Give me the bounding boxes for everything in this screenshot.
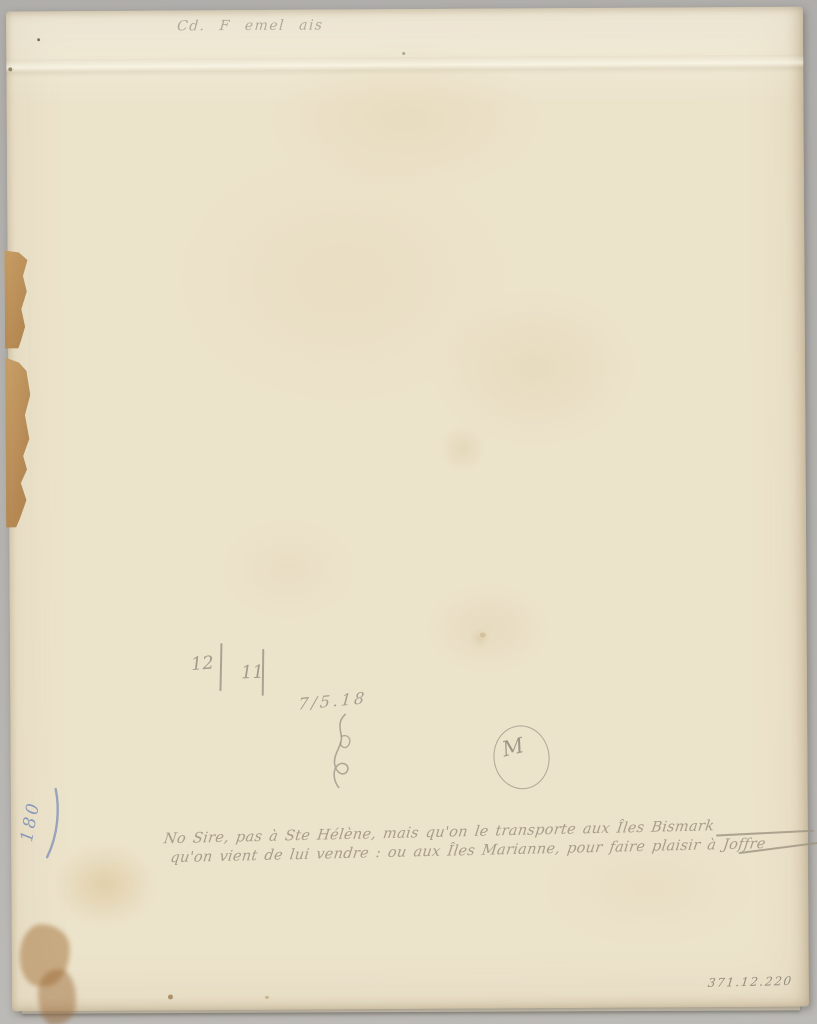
foxing-speck bbox=[480, 633, 486, 638]
tape-residue-upper bbox=[4, 250, 28, 348]
pencil-number-11: 11 bbox=[241, 661, 265, 683]
pencil-stroke bbox=[262, 649, 265, 696]
pencil-note-top: Cd. F emel ais bbox=[176, 17, 324, 34]
horizontal-crease bbox=[6, 55, 803, 78]
pencil-number-12: 12 bbox=[190, 652, 214, 675]
catalog-number: 371.12.220 bbox=[707, 974, 794, 990]
foxing-speck bbox=[402, 52, 405, 55]
handwritten-caption: No Sire, pas à Ste Hélène, mais qu'on le… bbox=[164, 815, 817, 869]
circled-letter-mark: M bbox=[490, 722, 554, 793]
foxing-speck bbox=[265, 996, 269, 999]
smudge-bottom-left-edge bbox=[38, 969, 76, 1024]
circled-letter: M bbox=[500, 733, 526, 761]
foxing-speck bbox=[37, 38, 40, 41]
tape-residue-lower bbox=[5, 357, 31, 527]
photo-backdrop: Cd. F emel ais 12 11 7/5.18 M 180 No Sir… bbox=[0, 0, 817, 1024]
paper-sheet-verso: Cd. F emel ais 12 11 7/5.18 M 180 No Sir… bbox=[6, 7, 809, 1012]
blue-pencil-stroke bbox=[41, 787, 63, 859]
pencil-stroke bbox=[219, 643, 222, 691]
stain-bottom-left bbox=[53, 844, 155, 927]
foxing-speck bbox=[8, 67, 12, 71]
foxing-speck bbox=[168, 994, 173, 999]
pencil-monogram-flourish bbox=[318, 709, 361, 791]
